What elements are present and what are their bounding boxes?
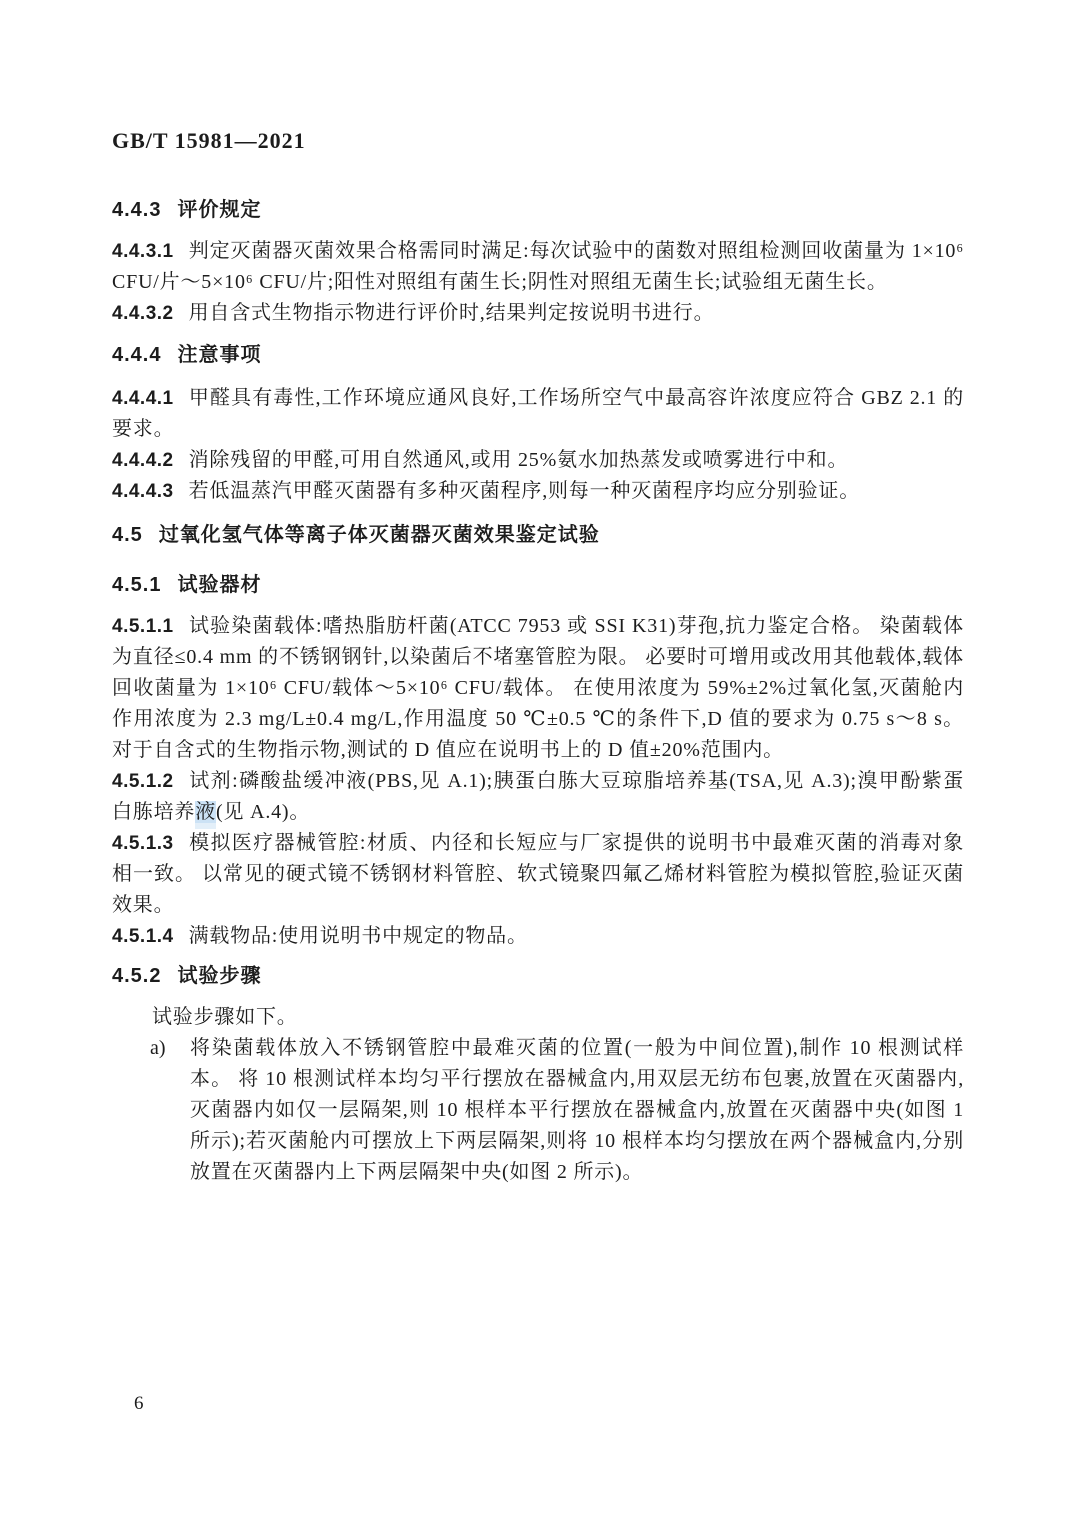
clause-text: 消除残留的甲醛,可用自然通风,或用 25%氨水加热蒸发或喷雾进行中和。 xyxy=(189,449,849,471)
heading-4-4-3: 4.4.3评价规定 xyxy=(112,198,964,222)
clause-text: 用自含式生物指示物进行评价时,结果判定按说明书进行。 xyxy=(189,302,715,324)
clause-4-5-1-3: 4.5.1.3模拟医疗器械管腔:材质、内径和长短应与厂家提供的说明书中最难灭菌的… xyxy=(112,828,964,921)
clause-4-5-1-4: 4.5.1.4满载物品:使用说明书中规定的物品。 xyxy=(112,921,964,952)
heading-title: 注意事项 xyxy=(177,344,261,366)
selection-highlight-artifact: 液 xyxy=(195,801,216,823)
clause-number: 4.4.4.1 xyxy=(112,388,174,409)
heading-4-4-4: 4.4.4注意事项 xyxy=(112,343,964,367)
steps-intro-text: 试验步骤如下。 xyxy=(112,1002,964,1033)
heading-title: 评价规定 xyxy=(177,199,261,221)
page-content: GB/T 15981—2021 4.4.3评价规定 4.4.3.1判定灭菌器灭菌… xyxy=(112,0,964,1188)
list-item-text: 将染菌载体放入不锈钢管腔中最难灭菌的位置(一般为中间位置),制作 10 根测试样… xyxy=(190,1037,964,1183)
clause-4-4-3-1: 4.4.3.1判定灭菌器灭菌效果合格需同时满足:每次试验中的菌数对照组检测回收菌… xyxy=(112,236,964,298)
heading-title: 试验器材 xyxy=(177,574,261,596)
clause-number: 4.5.1.3 xyxy=(112,833,174,854)
clause-number: 4.4.3.2 xyxy=(112,303,174,324)
list-marker: a) xyxy=(150,1033,166,1064)
page-number: 6 xyxy=(134,1393,144,1415)
clause-4-4-4-2: 4.4.4.2消除残留的甲醛,可用自然通风,或用 25%氨水加热蒸发或喷雾进行中… xyxy=(112,445,964,476)
step-item-a: a)将染菌载体放入不锈钢管腔中最难灭菌的位置(一般为中间位置),制作 10 根测… xyxy=(190,1033,964,1188)
clause-text: 模拟医疗器械管腔:材质、内径和长短应与厂家提供的说明书中最难灭菌的消毒对象相一致… xyxy=(112,832,964,916)
clause-text: 判定灭菌器灭菌效果合格需同时满足:每次试验中的菌数对照组检测回收菌量为 1×10… xyxy=(112,240,964,293)
heading-number: 4.4.4 xyxy=(112,344,161,366)
heading-number: 4.4.3 xyxy=(112,199,161,221)
clause-number: 4.5.1.2 xyxy=(112,771,174,792)
clause-text: 甲醛具有毒性,工作环境应通风良好,工作场所空气中最高容许浓度应符合 GBZ 2.… xyxy=(112,387,964,440)
clause-number: 4.4.4.2 xyxy=(112,450,174,471)
document-page: GB/T 15981—2021 4.4.3评价规定 4.4.3.1判定灭菌器灭菌… xyxy=(0,0,1074,1520)
clause-4-4-3-2: 4.4.3.2用自含式生物指示物进行评价时,结果判定按说明书进行。 xyxy=(112,298,964,329)
clause-text: 若低温蒸汽甲醛灭菌器有多种灭菌程序,则每一种灭菌程序均应分别验证。 xyxy=(189,480,860,502)
heading-number: 4.5.1 xyxy=(112,574,161,596)
standard-number-header: GB/T 15981—2021 xyxy=(112,128,964,154)
clause-text: 满载物品:使用说明书中规定的物品。 xyxy=(189,925,528,947)
heading-number: 4.5.2 xyxy=(112,965,161,987)
heading-number: 4.5 xyxy=(112,524,143,546)
heading-title: 试验步骤 xyxy=(177,965,261,987)
clause-4-4-4-1: 4.4.4.1甲醛具有毒性,工作环境应通风良好,工作场所空气中最高容许浓度应符合… xyxy=(112,383,964,445)
heading-title: 过氧化氢气体等离子体灭菌器灭菌效果鉴定试验 xyxy=(159,524,600,546)
clause-number: 4.4.4.3 xyxy=(112,481,174,502)
clause-4-5-1-2: 4.5.1.2试剂:磷酸盐缓冲液(PBS,见 A.1);胰蛋白胨大豆琼脂培养基(… xyxy=(112,766,964,828)
clause-number: 4.4.3.1 xyxy=(112,241,174,262)
clause-number: 4.5.1.1 xyxy=(112,616,174,637)
clause-4-4-4-3: 4.4.4.3若低温蒸汽甲醛灭菌器有多种灭菌程序,则每一种灭菌程序均应分别验证。 xyxy=(112,476,964,507)
clause-text: (见 A.4)。 xyxy=(216,801,310,823)
heading-4-5-1: 4.5.1试验器材 xyxy=(112,573,964,597)
clause-text: 试验染菌载体:嗜热脂肪杆菌(ATCC 7953 或 SSI K31)芽孢,抗力鉴… xyxy=(112,615,964,761)
heading-4-5-2: 4.5.2试验步骤 xyxy=(112,964,964,988)
clause-4-5-1-1: 4.5.1.1试验染菌载体:嗜热脂肪杆菌(ATCC 7953 或 SSI K31… xyxy=(112,611,964,766)
heading-4-5: 4.5过氧化氢气体等离子体灭菌器灭菌效果鉴定试验 xyxy=(112,523,964,547)
clause-number: 4.5.1.4 xyxy=(112,926,174,947)
